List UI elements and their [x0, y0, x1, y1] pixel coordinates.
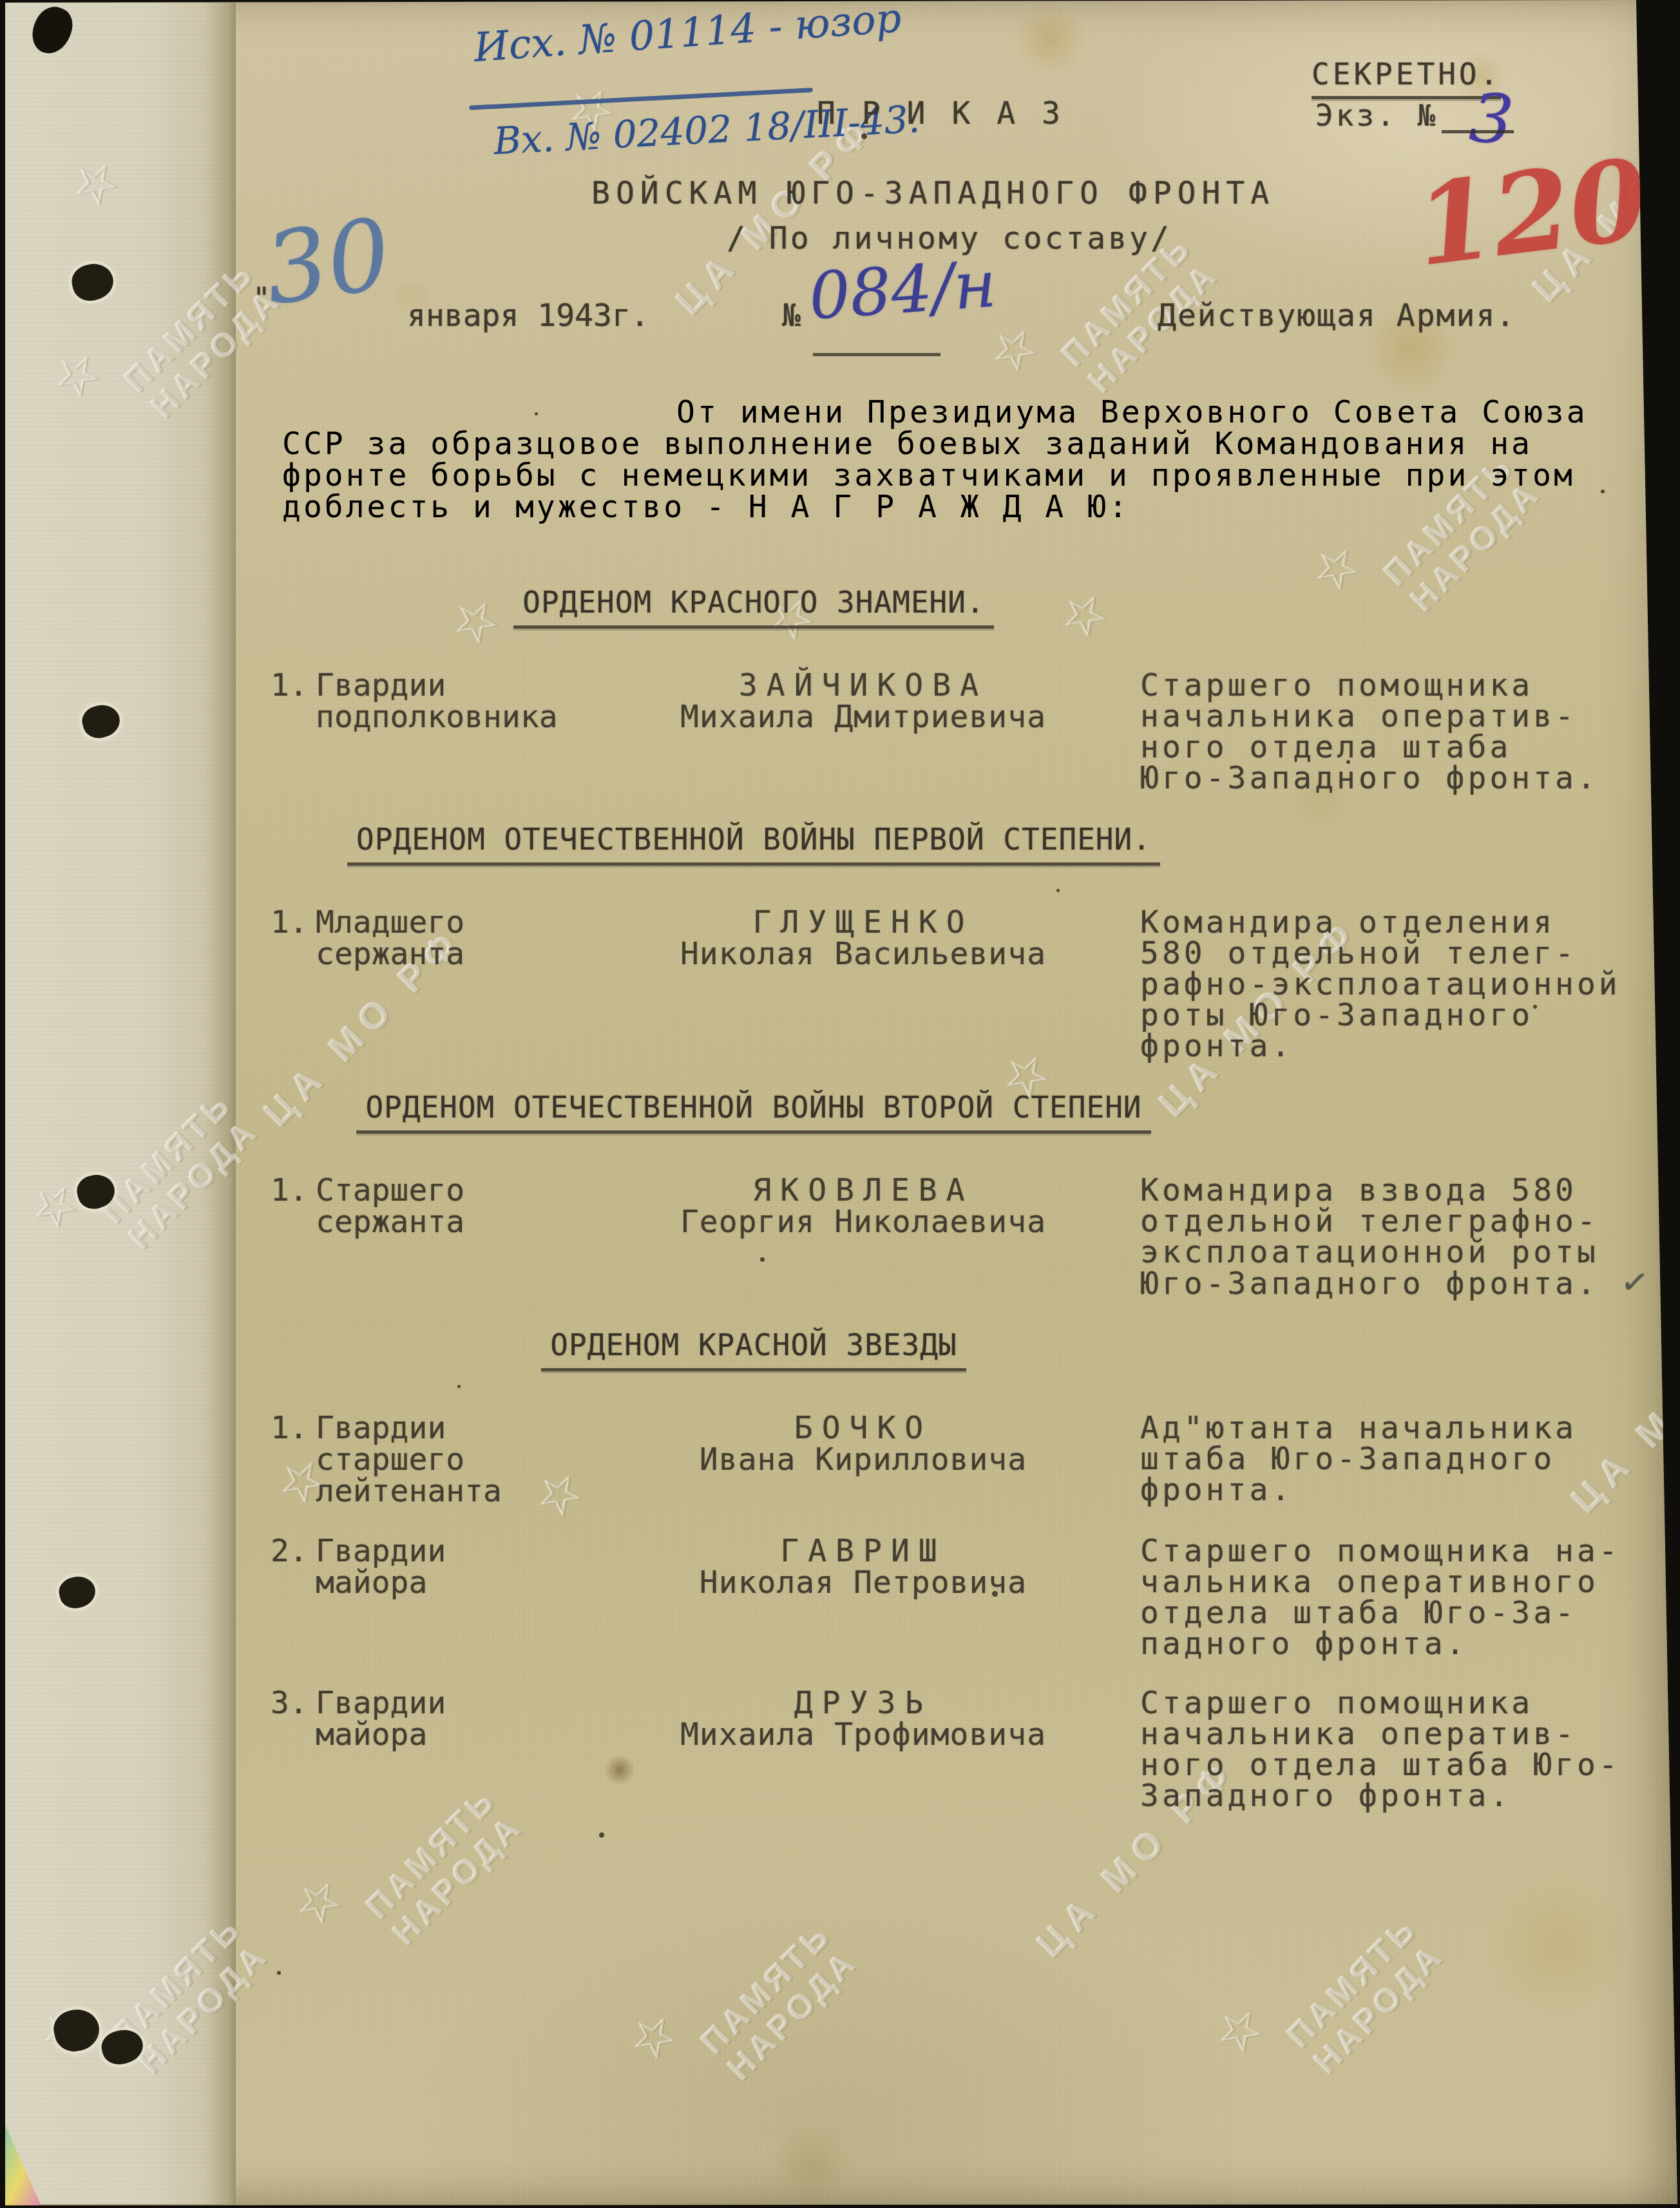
entry-duty: Ад"ютанта начальникаштаба Юго-Западногоф… — [1140, 1413, 1623, 1505]
entry-patronymic: Николая Петровича — [657, 1567, 1069, 1599]
duty-line: Командира отделения — [1140, 907, 1623, 938]
duty-line: Старшего помощника — [1140, 1688, 1623, 1718]
star-icon: ☆ — [288, 1868, 352, 1932]
duty-line: падного фронта. — [1140, 1628, 1623, 1659]
entry-rank: Гвардиимайора — [316, 1688, 657, 1751]
entry-patronymic: Михаила Трофимовича — [657, 1719, 1069, 1751]
duty-line: роты Юго-Западного — [1140, 1000, 1623, 1031]
rank-line: Гвардии — [316, 1413, 657, 1444]
preamble-line: От имени Президиума Верховного Совета Со… — [282, 397, 1588, 428]
entry-surname: ЯКОВЛЕВА — [657, 1175, 1069, 1206]
entry-number: 1. — [271, 907, 316, 938]
entry-number: 1. — [271, 1175, 316, 1206]
army-label: Действующая Армия. — [1158, 298, 1516, 334]
copy-number-underline — [1442, 130, 1514, 133]
rank-line: Старшего — [316, 1175, 657, 1206]
section-heading-text: ОРДЕНОМ ОТЕЧЕСТВЕННОЙ ВОЙНЫ ВТОРОЙ СТЕПЕ… — [356, 1090, 1150, 1134]
entry-surname: ЗАЙЧИКОВА — [657, 670, 1069, 701]
entry-name: ДРУЗЬМихаила Трофимовича — [657, 1688, 1069, 1751]
paper-stain — [1485, 1871, 1633, 2019]
rank-line: лейтенанта — [316, 1476, 657, 1507]
page-number-red: 120 — [1409, 133, 1654, 291]
section-heading: ОРДЕНОМ ОТЕЧЕСТВЕННОЙ ВОЙНЫ ПЕРВОЙ СТЕПЕ… — [271, 822, 1237, 857]
award-section: ОРДЕНОМ ОТЕЧЕСТВЕННОЙ ВОЙНЫ ПЕРВОЙ СТЕПЕ… — [271, 822, 1633, 1061]
duty-line: ного отдела штаба Юго- — [1140, 1749, 1623, 1780]
entry-patronymic: Ивана Кирилловича — [657, 1444, 1069, 1476]
duty-line: Юго-Западного фронта. — [1140, 763, 1623, 794]
order-title: П Р И К А З — [817, 95, 1064, 131]
section-heading-text: ОРДЕНОМ КРАСНОГО ЗНАМЕНИ. — [513, 585, 993, 629]
entry-duty: Старшего помощника на-чальника оперативн… — [1140, 1536, 1623, 1659]
rank-line: Гвардии — [316, 670, 657, 701]
star-icon: ☆ — [623, 2003, 687, 2067]
outgoing-note: Исх. № 01114 - юзор — [472, 0, 902, 71]
entry-duty: Старшего помощниканачальника оператив-но… — [1140, 1688, 1623, 1811]
award-section: ОРДЕНОМ ОТЕЧЕСТВЕННОЙ ВОЙНЫ ВТОРОЙ СТЕПЕ… — [271, 1090, 1633, 1299]
paper-stain — [770, 2122, 854, 2206]
entry-name: ЯКОВЛЕВАГеоргия Николаевича — [657, 1175, 1069, 1238]
entry-rank: Гвардиимайора — [316, 1536, 657, 1599]
table-row: 1.МладшегосержантаГЛУЩЕНКОНиколая Василь… — [271, 907, 1633, 1061]
entry-patronymic: Михаила Дмитриевича — [657, 701, 1069, 733]
entry-number: 1. — [271, 670, 316, 701]
entry-duty: Командира взвода 580отдельной телеграфно… — [1140, 1175, 1623, 1299]
entry-name: ГАВРИШНиколая Петровича — [657, 1536, 1069, 1599]
duty-line: рафно-эксплоатационной — [1140, 969, 1623, 1000]
binding-strip — [5, 3, 236, 2204]
rank-line: подполковника — [316, 701, 657, 733]
order-day-handwritten: 30 — [258, 196, 397, 327]
entry-patronymic: Георгия Николаевича — [657, 1206, 1069, 1238]
star-icon: ☆ — [984, 316, 1047, 379]
section-heading: ОРДЕНОМ КРАСНОЙ ЗВЕЗДЫ — [271, 1328, 1237, 1362]
section-heading: ОРДЕНОМ ОТЕЧЕСТВЕННОЙ ВОЙНЫ ВТОРОЙ СТЕПЕ… — [271, 1090, 1237, 1125]
duty-line: штаба Юго-Западного — [1140, 1443, 1623, 1474]
section-heading-text: ОРДЕНОМ ОТЕЧЕСТВЕННОЙ ВОЙНЫ ПЕРВОЙ СТЕПЕ… — [347, 822, 1160, 866]
duty-line: чальника оперативного — [1140, 1566, 1623, 1597]
table-row: 1.СтаршегосержантаЯКОВЛЕВАГеоргия Никола… — [271, 1175, 1633, 1299]
preamble-line: доблесть и мужество - Н А Г Р А Ж Д А Ю: — [282, 491, 1588, 523]
section-heading-text: ОРДЕНОМ КРАСНОЙ ЗВЕЗДЫ — [541, 1328, 966, 1371]
scanned-order-document: { "annotations": { "outgoing_note": "Исх… — [0, 0, 1680, 2208]
watermark-line: ПАМЯТЬ — [694, 1916, 839, 2061]
entry-duty: Командира отделения580 отдельной телег-р… — [1140, 907, 1623, 1061]
table-row: 1.ГвардииподполковникаЗАЙЧИКОВАМихаила Д… — [271, 670, 1633, 794]
duty-line: Старшего помощника — [1140, 670, 1623, 701]
entry-patronymic: Николая Васильевича — [657, 938, 1069, 970]
duty-line: начальника оператив- — [1140, 1718, 1623, 1749]
duty-line: эксплоатационной роты — [1140, 1237, 1623, 1268]
rank-line: старшего — [316, 1444, 657, 1476]
entry-surname: ГЛУЩЕНКО — [657, 907, 1069, 938]
award-section: ОРДЕНОМ КРАСНОГО ЗНАМЕНИ.1.Гвардииподпол… — [271, 585, 1633, 794]
watermark-line: ПАМЯТЬ — [1280, 1910, 1425, 2055]
entry-name: ГЛУЩЕНКОНиколая Васильевича — [657, 907, 1069, 970]
duty-line: Западного фронта. — [1140, 1780, 1623, 1811]
entry-rank: Старшегосержанта — [316, 1175, 657, 1238]
duty-line: 580 отдельной телег- — [1140, 938, 1623, 969]
duty-line: отдельной телеграфно- — [1140, 1206, 1623, 1237]
rank-line: Гвардии — [316, 1536, 657, 1567]
paper-stain — [1013, 1, 1087, 76]
watermark-line: НАРОДА — [720, 1943, 865, 2088]
ink-speck — [277, 1971, 281, 1975]
award-section: ОРДЕНОМ КРАСНОЙ ЗВЕЗДЫ1.Гвардиистаршегол… — [271, 1328, 1633, 1811]
entry-duty: Старшего помощниканачальника оператив-но… — [1140, 670, 1623, 794]
rank-line: сержанта — [316, 1206, 657, 1238]
preamble-line: фронте борьбы с немецкими захватчиками и… — [282, 460, 1588, 491]
preamble-line: ССР за образцовое выполнение боевых зада… — [282, 428, 1588, 460]
duty-line: Ад"ютанта начальника — [1140, 1413, 1623, 1443]
entry-name: БОЧКОИвана Кирилловича — [657, 1413, 1069, 1476]
copy-number-value: 3 — [1467, 78, 1516, 160]
order-number-underline — [813, 353, 940, 356]
copy-number-label: Экз. № — [1315, 98, 1438, 133]
entry-rank: Гвардииподполковника — [316, 670, 657, 733]
memory-naroda-watermark: ☆ПАМЯТЬНАРОДА — [694, 1916, 865, 2088]
document-page: ☆☆ПАМЯТЬНАРОДАЦА МО РФ☆☆ПАМЯТЬНАРОДАЦА М… — [0, 0, 1680, 2208]
order-number-value: 084/н — [807, 246, 998, 334]
star-icon: ☆ — [1209, 1997, 1273, 2060]
entry-surname: БОЧКО — [657, 1413, 1069, 1444]
rank-line: сержанта — [316, 938, 657, 970]
entry-number: 3. — [271, 1688, 316, 1719]
duty-line: фронта. — [1140, 1474, 1623, 1505]
entry-name: ЗАЙЧИКОВАМихаила Дмитриевича — [657, 670, 1069, 733]
rank-line: Младшего — [316, 907, 657, 938]
duty-line: Юго-Западного фронта.✓ — [1140, 1268, 1623, 1299]
award-sections: ОРДЕНОМ КРАСНОГО ЗНАМЕНИ.1.Гвардииподпол… — [271, 585, 1633, 1840]
table-row: 3.ГвардиимайораДРУЗЬМихаила ТрофимовичаС… — [271, 1688, 1633, 1811]
memory-naroda-watermark: ☆ПАМЯТЬНАРОДА — [1280, 1910, 1451, 2081]
duty-line: Старшего помощника на- — [1140, 1536, 1623, 1566]
duty-line: отдела штаба Юго-За- — [1140, 1597, 1623, 1628]
entry-surname: ГАВРИШ — [657, 1536, 1069, 1567]
preamble: От имени Президиума Верховного Совета Со… — [282, 397, 1588, 523]
order-number-sign: № — [782, 298, 801, 334]
order-date: января 1943г. — [407, 298, 649, 334]
rank-line: Гвардии — [316, 1688, 657, 1719]
duty-line: начальника оператив- — [1140, 701, 1623, 732]
watermark-line: НАРОДА — [1306, 1936, 1451, 2081]
entry-number: 1. — [271, 1413, 316, 1444]
entry-rank: Гвардиистаршеголейтенанта — [316, 1413, 657, 1507]
check-mark: ✓ — [1619, 1266, 1654, 1300]
order-addressee: ВОЙСКАМ ЮГО-ЗАПАДНОГО ФРОНТА — [591, 175, 1275, 211]
entry-surname: ДРУЗЬ — [657, 1688, 1069, 1719]
duty-line: ного отдела штаба — [1140, 732, 1623, 763]
duty-line: фронта. — [1140, 1031, 1623, 1061]
rank-line: майора — [316, 1567, 657, 1599]
section-heading: ОРДЕНОМ КРАСНОГО ЗНАМЕНИ. — [271, 585, 1237, 620]
entry-number: 2. — [271, 1536, 316, 1567]
table-row: 1.ГвардиистаршеголейтенантаБОЧКОИвана Ки… — [271, 1413, 1633, 1507]
ink-speck — [1601, 490, 1605, 493]
entry-rank: Младшегосержанта — [316, 907, 657, 970]
rank-line: майора — [316, 1719, 657, 1751]
table-row: 2.ГвардиимайораГАВРИШНиколая ПетровичаСт… — [271, 1536, 1633, 1659]
duty-line: Командира взвода 580 — [1140, 1175, 1623, 1206]
